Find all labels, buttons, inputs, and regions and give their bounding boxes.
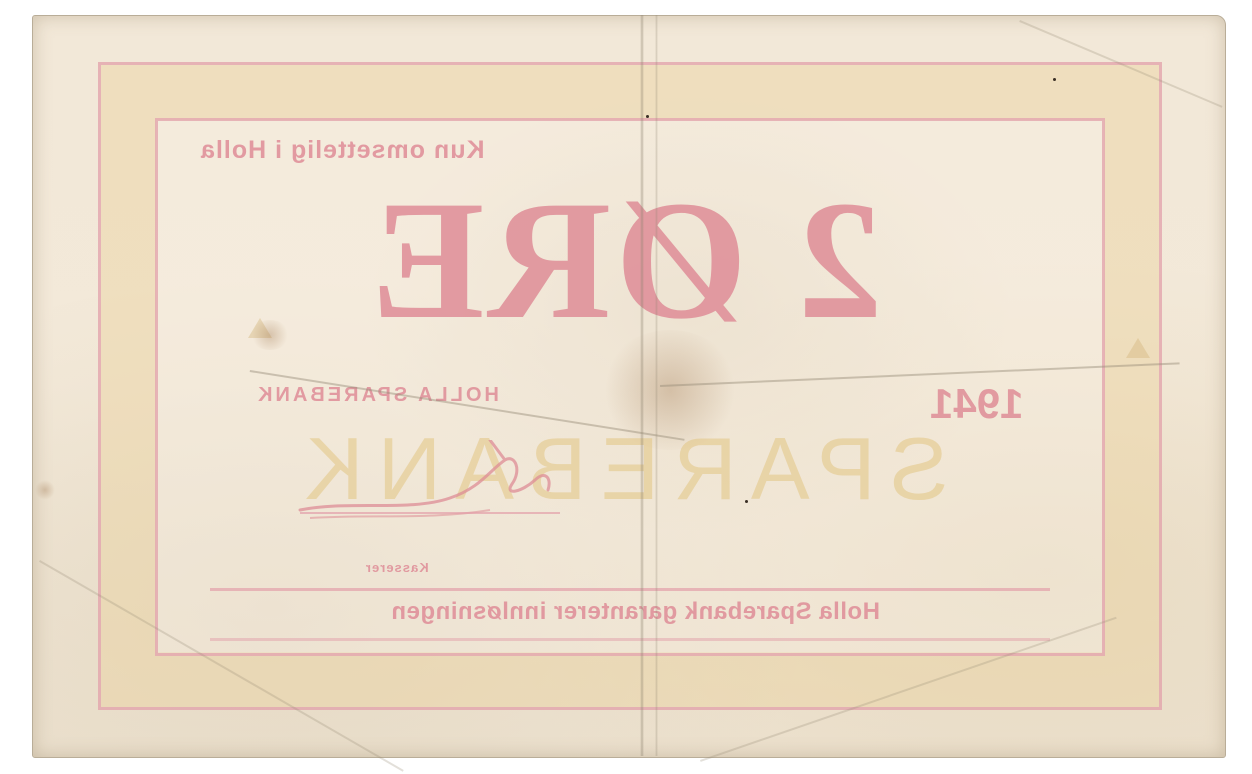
fold-crease-vertical (655, 15, 658, 756)
year: 1941 (930, 380, 1060, 428)
denomination-text: 2 ØRE (367, 170, 883, 350)
denomination: 2 ØRE (330, 170, 920, 350)
guarantee-line: Holla Sparebank garanterer innløsningen (210, 598, 1060, 626)
guarantee-line-text: Holla Sparebank garanterer innløsningen (391, 598, 880, 626)
speck (1053, 78, 1056, 81)
speck (646, 115, 649, 118)
year-text: 1941 (930, 380, 1023, 428)
signature-title: Kasserer (365, 560, 495, 575)
fold-crease-vertical (640, 15, 644, 756)
divider-bottom (210, 638, 1050, 641)
bank-name: HOLLA SPAREBANK (255, 384, 735, 407)
signature-title-text: Kasserer (365, 560, 429, 575)
speck (745, 500, 748, 503)
stain (35, 480, 55, 500)
divider-top (210, 588, 1050, 591)
circulation-note: Kun omsettelig i Holla (200, 136, 620, 165)
circulation-note-text: Kun omsettelig i Holla (200, 136, 485, 165)
signature-icon (290, 440, 570, 530)
signature-line (300, 512, 560, 514)
stain (250, 320, 290, 350)
ornament-triangle-right (1126, 338, 1150, 358)
